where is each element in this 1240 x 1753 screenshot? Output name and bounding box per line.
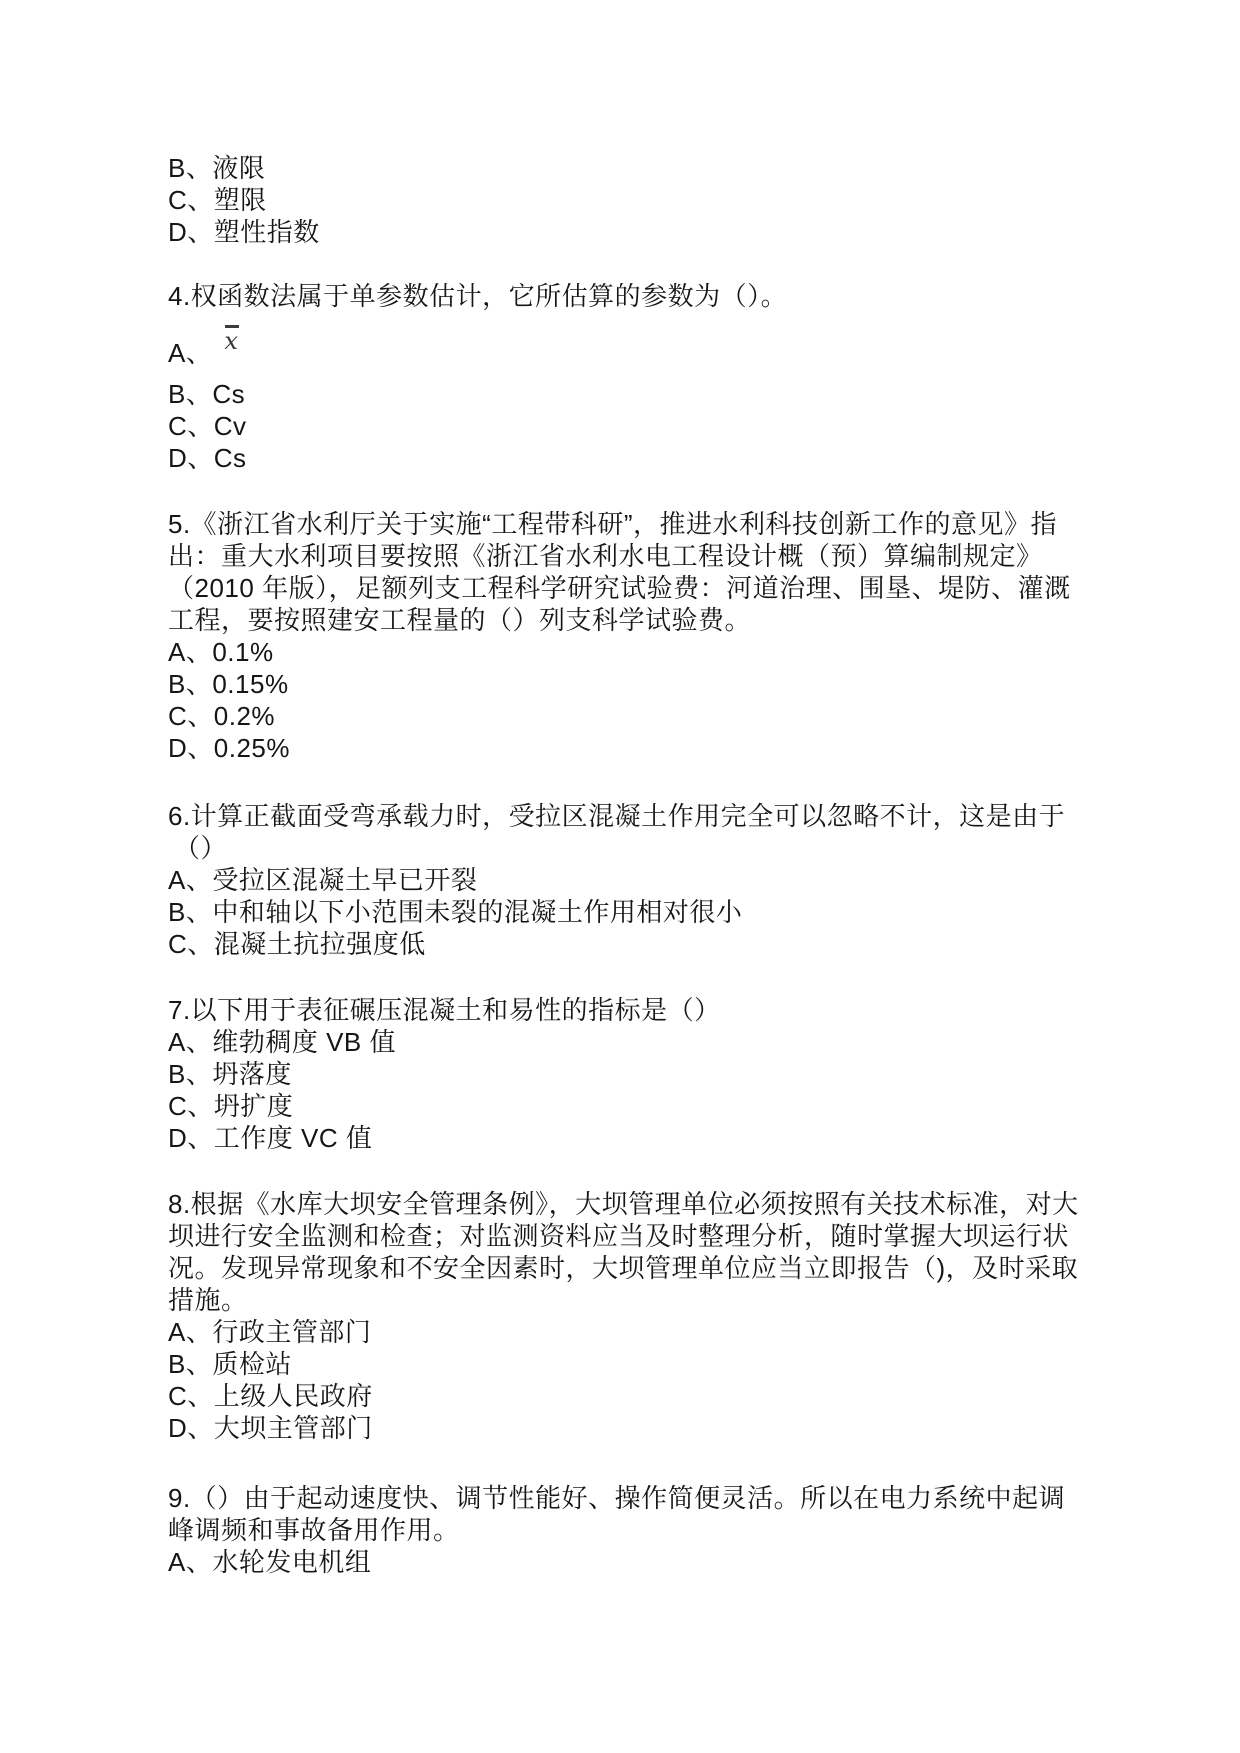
question-8-option-a: A、行政主管部门 [168,1316,1108,1348]
question-9-option-a: A、水轮发电机组 [168,1546,1108,1578]
question-3-options: B、液限 C、塑限 D、塑性指数 [168,152,1108,248]
exam-page: B、液限 C、塑限 D、塑性指数 4.权函数法属于单参数估计，它所估算的参数为（… [0,0,1240,1753]
question-3-option-d: D、塑性指数 [168,216,1108,248]
question-5-option-c: C、0.2% [168,700,1108,732]
question-6-stem-line-1: 6.计算正截面受弯承载力时，受拉区混凝土作用完全可以忽略不计，这是由于 [168,800,1108,832]
question-3-option-c: C、塑限 [168,184,1108,216]
question-5-option-b: B、0.15% [168,668,1108,700]
question-6-option-c: C、混凝土抗拉强度低 [168,928,1108,960]
question-8-option-c: C、上级人民政府 [168,1380,1108,1412]
question-7: 7.以下用于表征碾压混凝土和易性的指标是（） A、维勃稠度 VB 值 B、坍落度… [168,994,1108,1154]
question-5-option-d: D、0.25% [168,732,1108,764]
question-7-option-a: A、维勃稠度 VB 值 [168,1026,1108,1058]
question-4-option-a-label: A、 [168,338,212,368]
question-8: 8.根据《水库大坝安全管理条例》，大坝管理单位必须按照有关技术标准，对大 坝进行… [168,1188,1108,1444]
question-6-option-b: B、中和轴以下小范围未裂的混凝土作用相对很小 [168,896,1108,928]
exam-content: B、液限 C、塑限 D、塑性指数 4.权函数法属于单参数估计，它所估算的参数为（… [168,152,1108,1578]
question-5-stem-line-2: 出：重大水利项目要按照《浙江省水利水电工程设计概（预）算编制规定》 [168,540,1108,572]
question-5-stem-line-1: 5.《浙江省水利厅关于实施“工程带科研”，推进水利科技创新工作的意见》指 [168,508,1108,540]
question-6: 6.计算正截面受弯承载力时，受拉区混凝土作用完全可以忽略不计，这是由于 （） A… [168,800,1108,960]
question-4: 4.权函数法属于单参数估计，它所估算的参数为（）。 A、x B、Cs C、Cv … [168,280,1108,474]
question-8-option-d: D、大坝主管部门 [168,1412,1108,1444]
question-4-option-d: D、Cs [168,442,1108,474]
formula-x-base: x [224,327,238,355]
question-9-stem-line-2: 峰调频和事故备用作用。 [168,1514,1108,1546]
question-5: 5.《浙江省水利厅关于实施“工程带科研”，推进水利科技创新工作的意见》指 出：重… [168,508,1108,764]
question-4-option-b: B、Cs [168,378,1108,410]
question-6-option-a: A、受拉区混凝土早已开裂 [168,864,1108,896]
question-8-stem-line-4: 措施。 [168,1284,1108,1316]
question-7-option-d: D、工作度 VC 值 [168,1122,1108,1154]
formula-x-bar: x [224,331,238,351]
question-4-stem: 4.权函数法属于单参数估计，它所估算的参数为（）。 [168,280,1108,312]
question-9: 9.（）由于起动速度快、调节性能好、操作简便灵活。所以在电力系统中起调 峰调频和… [168,1482,1108,1578]
question-8-stem-line-3: 况。发现异常现象和不安全因素时，大坝管理单位应当立即报告（)，及时采取 [168,1252,1108,1284]
question-8-option-b: B、质检站 [168,1348,1108,1380]
question-4-option-c: C、Cv [168,410,1108,442]
question-8-stem-line-2: 坝进行安全监测和检查；对监测资料应当及时整理分析，随时掌握大坝运行状 [168,1220,1108,1252]
question-5-stem-line-4: 工程，要按照建安工程量的（）列支科学试验费。 [168,604,1108,636]
question-7-option-b: B、坍落度 [168,1058,1108,1090]
question-9-stem-line-1: 9.（）由于起动速度快、调节性能好、操作简便灵活。所以在电力系统中起调 [168,1482,1108,1514]
question-6-stem-line-2: （） [168,832,1108,864]
question-8-stem-line-1: 8.根据《水库大坝安全管理条例》，大坝管理单位必须按照有关技术标准，对大 [168,1188,1108,1220]
question-5-option-a: A、0.1% [168,636,1108,668]
question-4-option-a: A、x [168,337,1108,369]
question-7-stem: 7.以下用于表征碾压混凝土和易性的指标是（） [168,994,1108,1026]
question-7-option-c: C、坍扩度 [168,1090,1108,1122]
question-5-stem-line-3: （2010 年版），足额列支工程科学研究试验费：河道治理、围垦、堤防、灌溉 [168,572,1108,604]
question-3-option-b: B、液限 [168,152,1108,184]
